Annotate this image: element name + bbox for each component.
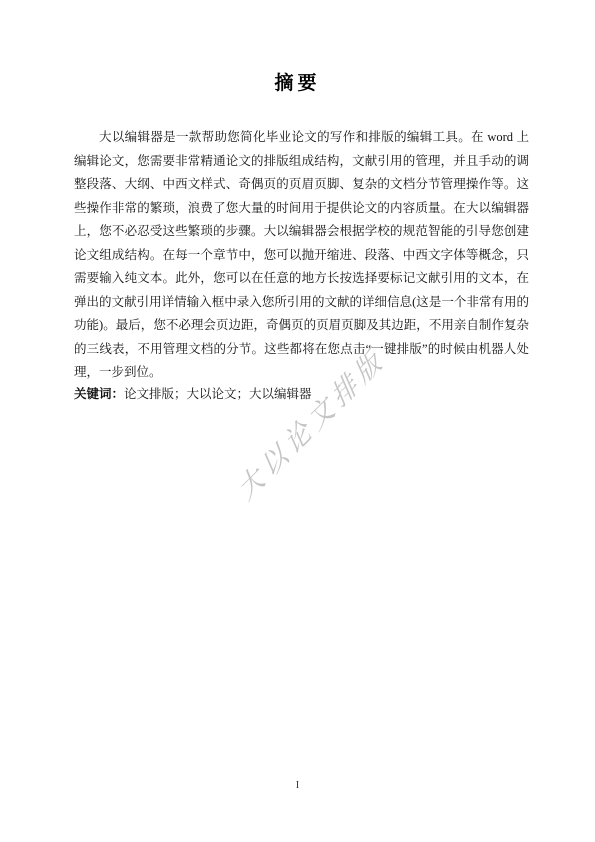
document-page: 摘要 大以编辑器是一款帮助您简化毕业论文的写作和排版的编辑工具。在 word 上… bbox=[0, 0, 595, 842]
keywords-label: 关键词： bbox=[74, 387, 124, 401]
abstract-paragraph: 大以编辑器是一款帮助您简化毕业论文的写作和排版的编辑工具。在 word 上编辑论… bbox=[74, 126, 529, 385]
keywords-line: 关键词：论文排版；大以论文；大以编辑器 bbox=[74, 384, 529, 404]
keywords-text: 论文排版；大以论文；大以编辑器 bbox=[124, 387, 312, 401]
abstract-title: 摘要 bbox=[0, 70, 595, 98]
page-number: I bbox=[0, 779, 595, 793]
